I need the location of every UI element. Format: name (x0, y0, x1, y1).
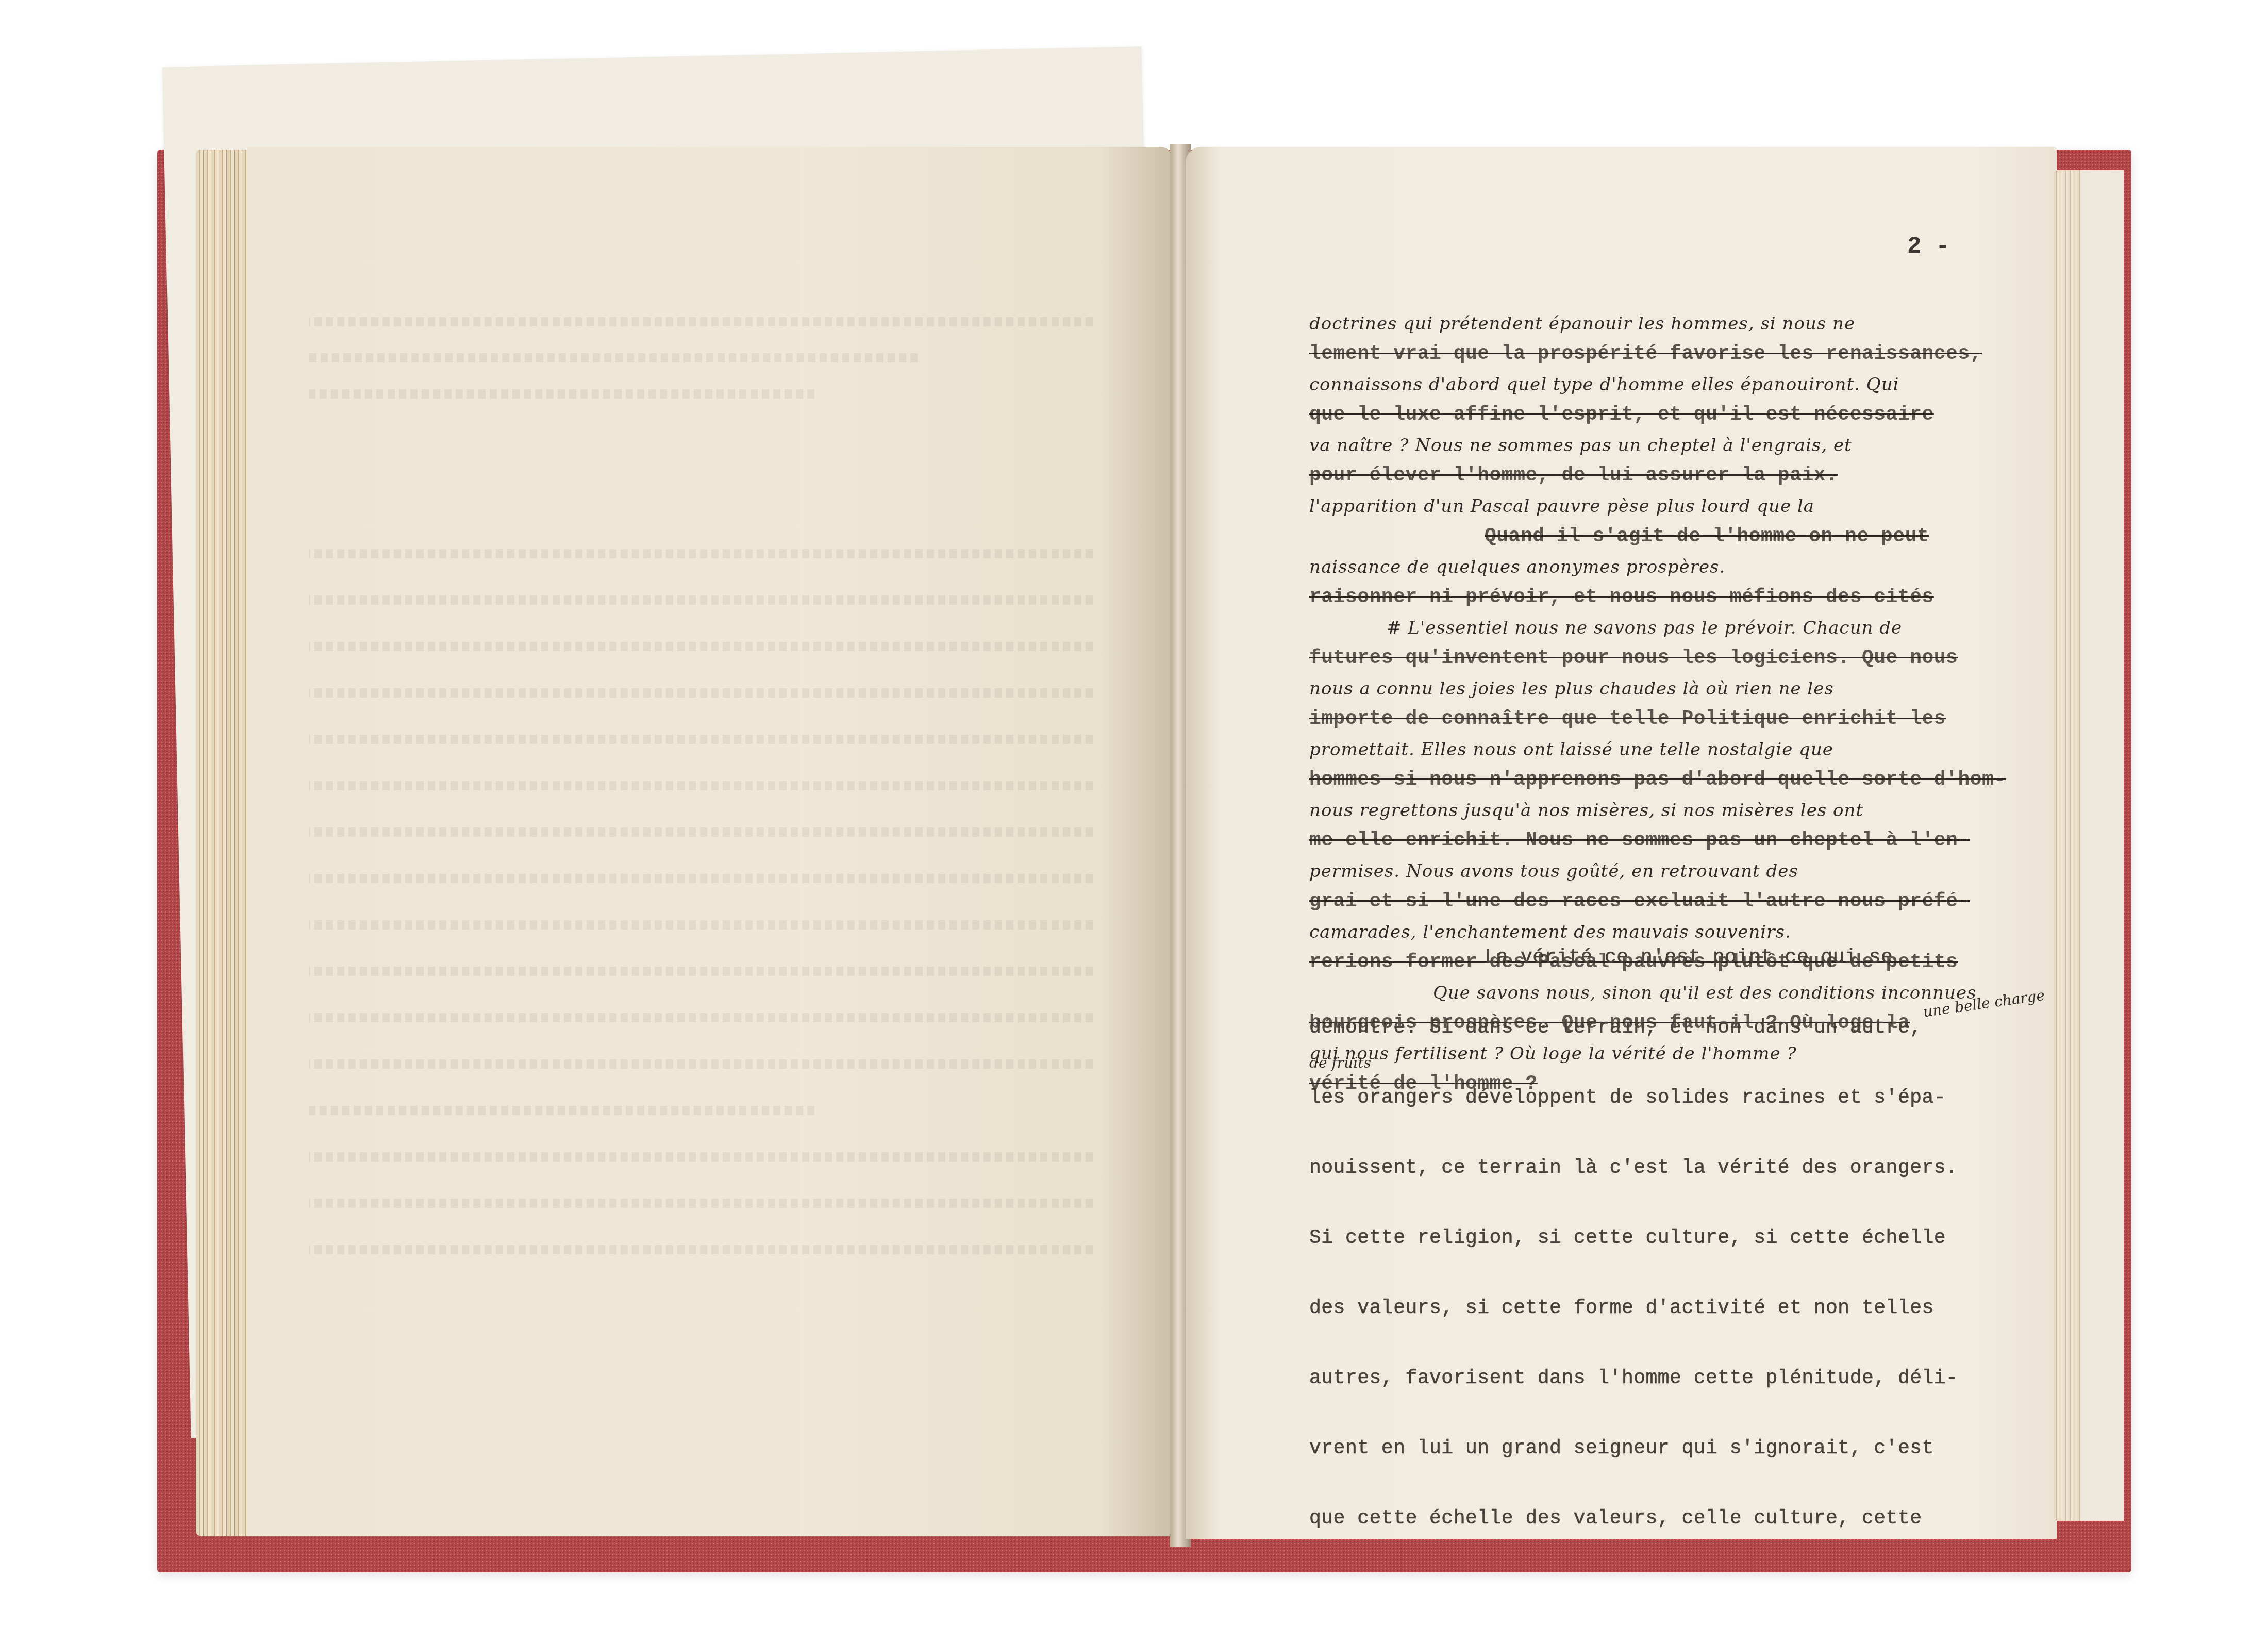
bleed-through-line (309, 1059, 1093, 1069)
handwritten-line: promettait. Elles nous ont laissé une te… (1309, 735, 2082, 764)
handwritten-line: # L'essentiel nous ne savons pas le prév… (1309, 613, 2082, 642)
bleed-through-line (309, 1199, 1093, 1208)
bleed-through-line (309, 549, 1093, 558)
bleed-through-line (309, 389, 814, 399)
handwritten-line: l'apparition d'un Pascal pauvre pèse plu… (1309, 492, 2082, 521)
bleed-through-line (309, 642, 1093, 651)
bleed-through-line (309, 317, 1093, 326)
endpaper (2080, 170, 2124, 1521)
bleed-through-line (309, 967, 1093, 976)
typed-line: vrent en lui un grand seigneur qui s'ign… (1309, 1414, 2082, 1484)
handwritten-line: nous a connu les joies les plus chaudes … (1309, 674, 2082, 703)
bleed-through-line (309, 595, 1093, 605)
struck-typed-line: grai et si l'une des races excluait l'au… (1309, 886, 2082, 918)
typed-line: La vérité ce n'est point ce qui se (1309, 923, 2082, 993)
typed-line: les orangers développent de solides raci… (1309, 1063, 2082, 1133)
struck-typed-line: hommes si nous n'apprenons pas d'abord q… (1309, 764, 2082, 796)
struck-typed-line: que le luxe affine l'esprit, et qu'il es… (1309, 399, 2082, 431)
bleed-through-line (309, 353, 918, 362)
handwritten-line: permises. Nous avons tous goûté, en retr… (1309, 857, 2082, 886)
struck-typed-line: pour élever l'homme, de lui assurer la p… (1309, 460, 2082, 492)
bleed-through-line (309, 1245, 1093, 1254)
page-number: 2 - (1907, 233, 1950, 260)
struck-typed-line: lement vrai que la prospérité favorise l… (1309, 338, 2082, 370)
left-page (247, 147, 1175, 1536)
handwritten-line: naissance de quelques anonymes prospères… (1309, 553, 2082, 582)
typed-line: nouissent, ce terrain là c'est la vérité… (1309, 1133, 2082, 1203)
typed-line: que cette échelle des valeurs, celle cul… (1309, 1484, 2082, 1554)
bleed-through-line (309, 1013, 1093, 1022)
typed-line: des valeurs, si cette forme d'activité e… (1309, 1273, 2082, 1344)
margin-note: de fruits (1309, 1054, 1371, 1071)
handwritten-line: nous regrettons jusqu'à nos misères, si … (1309, 796, 2082, 825)
struck-typed-line: me elle enrichit. Nous ne sommes pas un … (1309, 825, 2082, 857)
typed-line: autres, favorisent dans l'homme cette pl… (1309, 1344, 2082, 1414)
bleed-through-line (309, 1152, 1093, 1162)
struck-typed-line: importe de connaître que telle Politique… (1309, 703, 2082, 735)
struck-typed-line: futures qu'inventent pour nous les logic… (1309, 642, 2082, 674)
handwritten-line: va naître ? Nous ne sommes pas un chepte… (1309, 431, 2082, 460)
handwritten-line: connaissons d'abord quel type d'homme el… (1309, 370, 2082, 399)
bleed-through-line (309, 781, 1093, 790)
bleed-through-line (309, 735, 1093, 744)
typed-line: Si cette religion, si cette culture, si … (1309, 1203, 2082, 1273)
bleed-through-line (309, 920, 1093, 930)
clean-passage: La vérité ce n'est point ce qui se démon… (1309, 923, 2082, 1554)
bleed-through-line (309, 827, 1093, 837)
struck-typed-line: Quand il s'agit de l'homme on ne peut (1309, 521, 2082, 553)
bleed-through-line (309, 688, 1093, 698)
bleed-through-line (309, 874, 1093, 883)
bleed-through-line (309, 1106, 814, 1115)
struck-typed-line: raisonner ni prévoir, et nous nous méfio… (1309, 582, 2082, 613)
handwritten-line: doctrines qui prétendent épanouir les ho… (1309, 309, 2082, 338)
